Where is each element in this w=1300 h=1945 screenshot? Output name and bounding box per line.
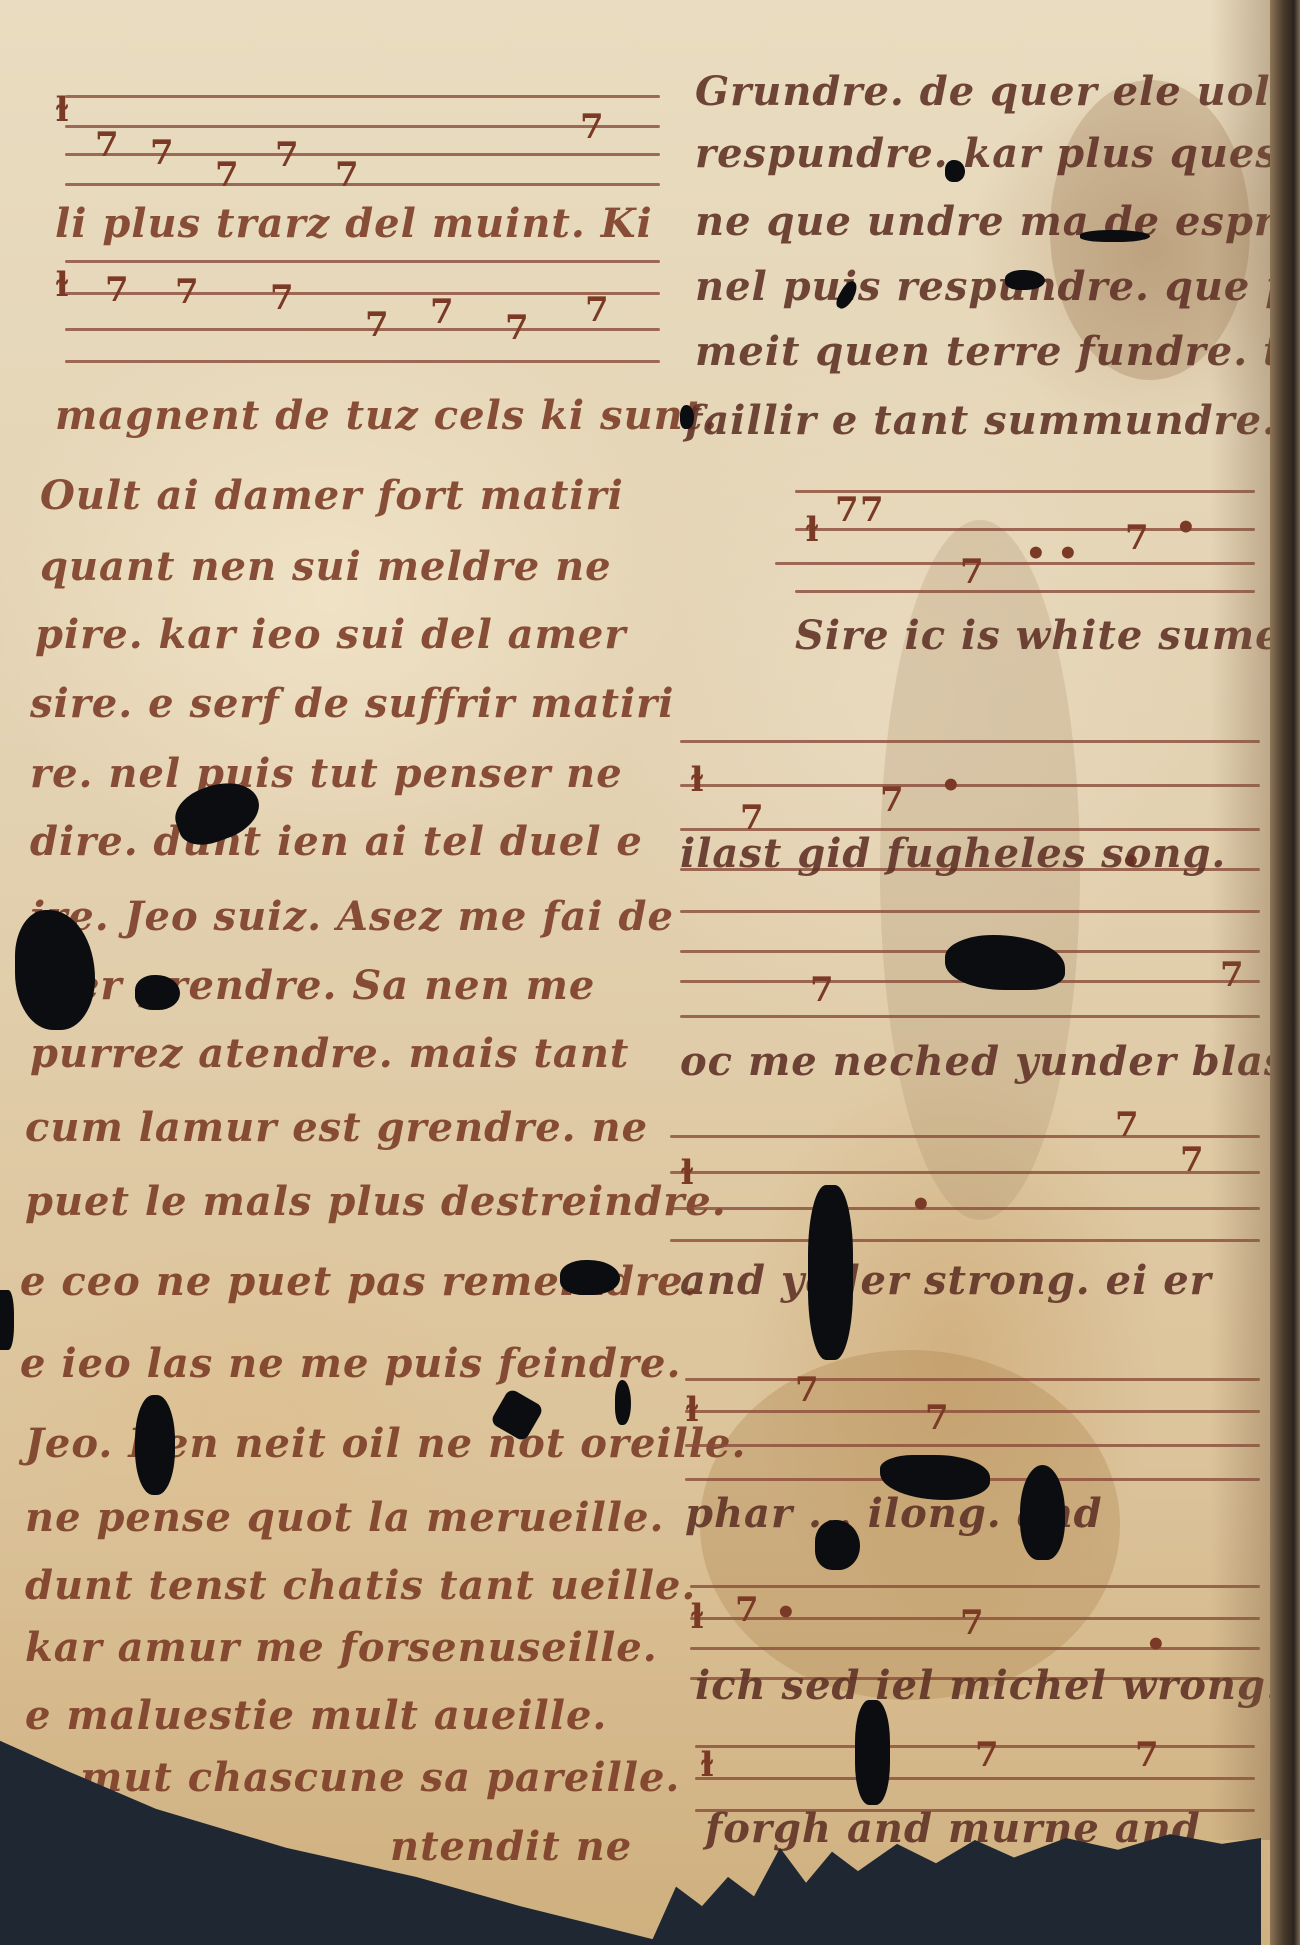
clef-icon: ɫ	[700, 1745, 714, 1785]
neume-icon: 7	[735, 1590, 759, 1630]
manuscript-page: ɫ 7 7 7 7 7 7 li plus trarz del muint. K…	[0, 0, 1300, 1945]
neume-icon: 7	[1125, 518, 1149, 558]
neume-icon: 7	[975, 1735, 999, 1775]
text-line: re. nel puis tut penser ne	[30, 750, 623, 797]
text-line: per grendre. Sa nen me	[45, 962, 595, 1009]
neume-icon: 7	[580, 107, 604, 147]
text-line: cum lamur est grendre. ne	[25, 1104, 648, 1151]
text-line: puet le mals plus destreindre.	[25, 1178, 727, 1225]
clef-icon: ɫ	[690, 760, 704, 800]
neume-icon: •	[1025, 534, 1047, 574]
hole	[808, 1185, 853, 1360]
text-line: e ieo las ne me puis feindre.	[20, 1340, 681, 1387]
hole	[0, 1290, 14, 1350]
text-line: pire. kar ieo sui del amer	[35, 611, 626, 658]
text-line: purrez atendre. mais tant	[30, 1030, 629, 1077]
neume-icon: •	[940, 766, 962, 806]
text-line: oc me neched yunder blast	[680, 1038, 1300, 1085]
hole	[615, 1380, 631, 1425]
text-line: and yeder strong. ei er	[680, 1257, 1212, 1304]
neume-icon: 7	[215, 155, 239, 195]
text-line: magnent de tuz cels ki sunt.	[55, 392, 718, 439]
text-line: e maluestie mult aueille.	[25, 1692, 607, 1739]
binding-shadow	[1210, 0, 1270, 1840]
neume-icon: 7	[505, 308, 529, 348]
text-line: dunt tenst chatis tant ueille.	[25, 1562, 696, 1609]
neume-icon: 7	[95, 125, 119, 165]
clef-icon: ɫ	[55, 90, 69, 130]
neume-icon: 7	[270, 278, 294, 318]
neume-icon: 7	[335, 155, 359, 195]
text-line: forgh and murne and	[705, 1805, 1201, 1852]
hole	[1080, 230, 1150, 242]
clef-icon: ɫ	[685, 1390, 699, 1430]
text-line: mut chascune sa pareille.	[80, 1754, 680, 1801]
neume-icon: •	[1145, 1625, 1167, 1665]
neume-icon: 7	[1135, 1735, 1159, 1775]
neume-icon: 7	[795, 1370, 819, 1410]
neume-icon: 7	[1180, 1140, 1204, 1180]
neume-icon: 7	[105, 270, 129, 310]
neume-icon: 7	[925, 1398, 949, 1438]
neume-icon: 7	[1115, 1105, 1139, 1145]
text-line: ilast gid fugheles song.	[680, 830, 1226, 877]
neume-icon: 7	[150, 133, 174, 173]
neume-icon: 7	[365, 305, 389, 345]
clef-icon: ɫ	[805, 510, 819, 550]
text-line: li plus trarz del muint. Ki	[55, 200, 653, 247]
neume-icon: •	[775, 1593, 797, 1633]
hole	[945, 160, 965, 182]
text-line: kar amur me forsenuseille.	[25, 1624, 658, 1671]
text-line: ne pense quot la merueille.	[25, 1494, 664, 1541]
hole	[1020, 1465, 1065, 1560]
neume-icon: 7	[860, 490, 884, 530]
music-staff-left-2: ɫ 7 7 7 7 7 7 7	[65, 260, 660, 370]
neume-icon: 7	[835, 490, 859, 530]
text-line: Oult ai damer fort matiri	[40, 472, 624, 519]
music-staff-right-1: ɫ 7 7 7 • • 7 •	[795, 490, 1255, 590]
neume-icon: •	[1057, 534, 1079, 574]
text-line: ich sed iel michel wrong.	[695, 1662, 1281, 1709]
neume-icon: 7	[175, 272, 199, 312]
binding-edge	[1270, 0, 1300, 1945]
hole	[560, 1260, 620, 1295]
text-line: faillir e tant summundre. Jeo	[685, 397, 1300, 444]
neume-icon: 7	[430, 292, 454, 332]
hole	[680, 405, 694, 429]
neume-icon: •	[910, 1185, 932, 1225]
text-line: ntendit ne	[390, 1823, 632, 1870]
clef-icon: ɫ	[55, 265, 69, 305]
hole	[135, 1395, 175, 1495]
neume-icon: 7	[880, 780, 904, 820]
neume-icon: 7	[275, 135, 299, 175]
neume-icon: 7	[810, 970, 834, 1010]
clef-icon: ɫ	[680, 1153, 694, 1193]
neume-icon: 7	[960, 552, 984, 592]
hole	[855, 1700, 890, 1805]
clef-icon: ɫ	[690, 1597, 704, 1637]
text-line: sire. e serf de suffrir matiri	[30, 680, 674, 727]
neume-icon: 7	[585, 290, 609, 330]
hole	[815, 1520, 860, 1570]
neume-icon: •	[1175, 508, 1197, 548]
text-line: Jeo. Ben neit oil ne not oreille.	[25, 1420, 746, 1467]
text-line: dire. dunt ien ai tel duel e	[30, 818, 643, 865]
hole	[1005, 270, 1045, 290]
music-staff-left-1: ɫ 7 7 7 7 7 7	[65, 95, 660, 195]
music-staff-right-4: ɫ 7 7 •	[670, 1135, 1260, 1245]
hole	[135, 975, 180, 1010]
text-line: ire. Jeo suiz. Asez me fai de	[30, 893, 674, 940]
neume-icon: 7	[960, 1603, 984, 1643]
text-line: quant nen sui meldre ne	[40, 543, 612, 590]
